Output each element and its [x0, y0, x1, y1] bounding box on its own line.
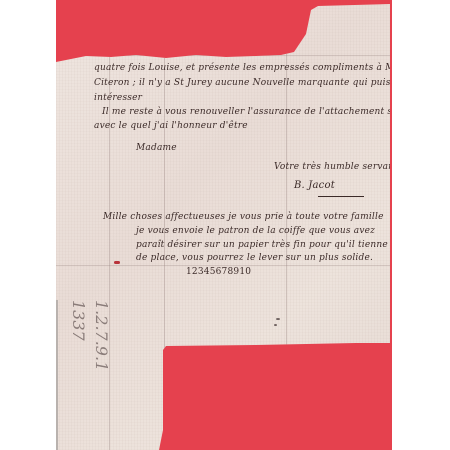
signature: B. Jacot — [294, 180, 335, 191]
signature-flourish — [318, 196, 364, 197]
postscript-line: je vous envoie le patron de la coiffe qu… — [136, 226, 375, 236]
fold-line — [56, 55, 392, 56]
fold-line — [56, 265, 392, 266]
closing: Votre très humble servante — [274, 162, 404, 172]
body-line: quatre fois Louise, et présente les empr… — [94, 63, 426, 73]
postscript-line: de place, vous pourrez le lever sur un p… — [136, 253, 373, 263]
body-line: Citeron ; il n'y a St Jurey aucune Nouve… — [94, 78, 426, 88]
margin-vertical-text: 1.2.7.9.1 — [92, 300, 111, 371]
letter: quatre fois Louise, et présente les empr… — [56, 0, 392, 450]
body-line: avec le quel j'ai l'honneur d'être — [94, 121, 248, 131]
paper-edge — [56, 300, 58, 450]
body-line: Il me reste à vous renouveller l'assuran… — [102, 107, 422, 117]
red-ink-mark — [114, 261, 120, 264]
salutation: Madame — [136, 143, 177, 153]
numbers-row: 12345678910 — [186, 267, 251, 277]
postscript-line: paraît désirer sur un papier très fin po… — [136, 240, 407, 250]
letter-paper: quatre fois Louise, et présente les empr… — [56, 0, 392, 450]
ink-speck — [274, 324, 277, 326]
body-line: intéresser — [94, 93, 142, 103]
ink-speck — [276, 318, 280, 320]
postscript-line: Mille choses affectueuses je vous prie à… — [103, 212, 384, 222]
margin-vertical-text: 1337 — [69, 300, 88, 341]
